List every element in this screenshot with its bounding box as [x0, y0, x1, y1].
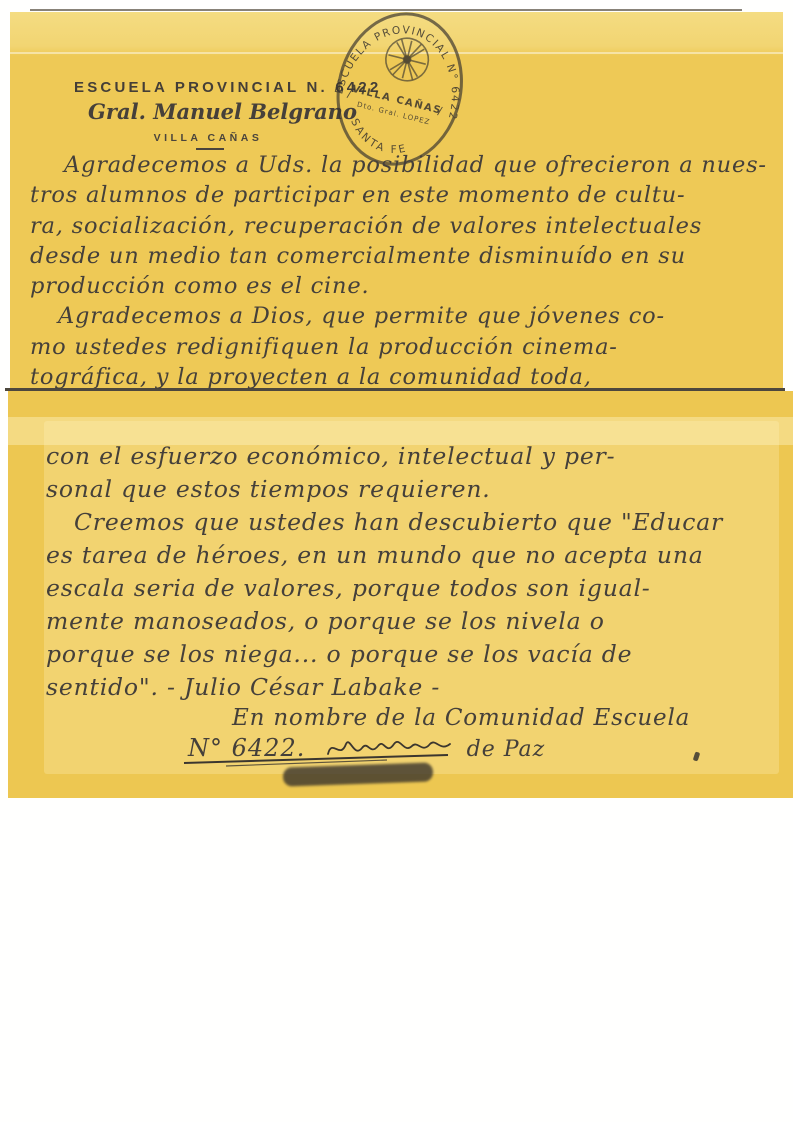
handwritten-paragraphs-page2: con el esfuerzo económico, intelectual y…: [46, 440, 723, 704]
handwritten-line: sentido". - Julio César Labake -: [46, 671, 723, 704]
signature-surname: de Paz: [467, 737, 546, 762]
handwritten-line: es tarea de héroes, en un mundo que no a…: [46, 539, 723, 572]
handwritten-line: desde un medio tan comercialmente dismin…: [30, 241, 767, 271]
handwritten-line: porque se los niega... o porque se los v…: [46, 638, 723, 671]
handwritten-line: sonal que estos tiempos requieren.: [46, 473, 723, 506]
handwritten-paragraphs-page1: Agradecemos a Uds. la posibilidad que of…: [30, 150, 767, 392]
handwritten-line: Agradecemos a Dios, que permite que jóve…: [30, 301, 767, 331]
handwritten-line: Agradecemos a Uds. la posibilidad que of…: [30, 150, 767, 180]
letterhead-location: VILLA CAÑAS: [88, 132, 328, 144]
handwritten-line: escala seria de valores, porque todos so…: [46, 572, 723, 605]
handwritten-line: tográfica, y la proyecten a la comunidad…: [30, 362, 767, 392]
scanned-letter: ESCUELA PROVINCIAL N. 6422 Gral. Manuel …: [0, 0, 793, 1122]
handwritten-line: tros alumnos de participar en este momen…: [30, 180, 767, 210]
handwritten-line: producción como es el cine.: [30, 271, 767, 301]
handwritten-line: Creemos que ustedes han descubierto que …: [46, 506, 723, 539]
letterhead-school-subtitle: Gral. Manuel Belgrano: [88, 99, 328, 124]
handwritten-line: con el esfuerzo económico, intelectual y…: [46, 440, 723, 473]
handwritten-line: mente manoseados, o porque se los nivela…: [46, 605, 723, 638]
handwritten-line: mo ustedes redignifiquen la producción c…: [30, 332, 767, 362]
handwritten-line: ra, socialización, recuperación de valor…: [30, 211, 767, 241]
closing-in-name-line: En nombre de la Comunidad Escuela: [232, 705, 690, 731]
school-oval-stamp: ESCUELA PROVINCIAL N° 6422 SANTA FE VILL…: [314, 2, 486, 174]
